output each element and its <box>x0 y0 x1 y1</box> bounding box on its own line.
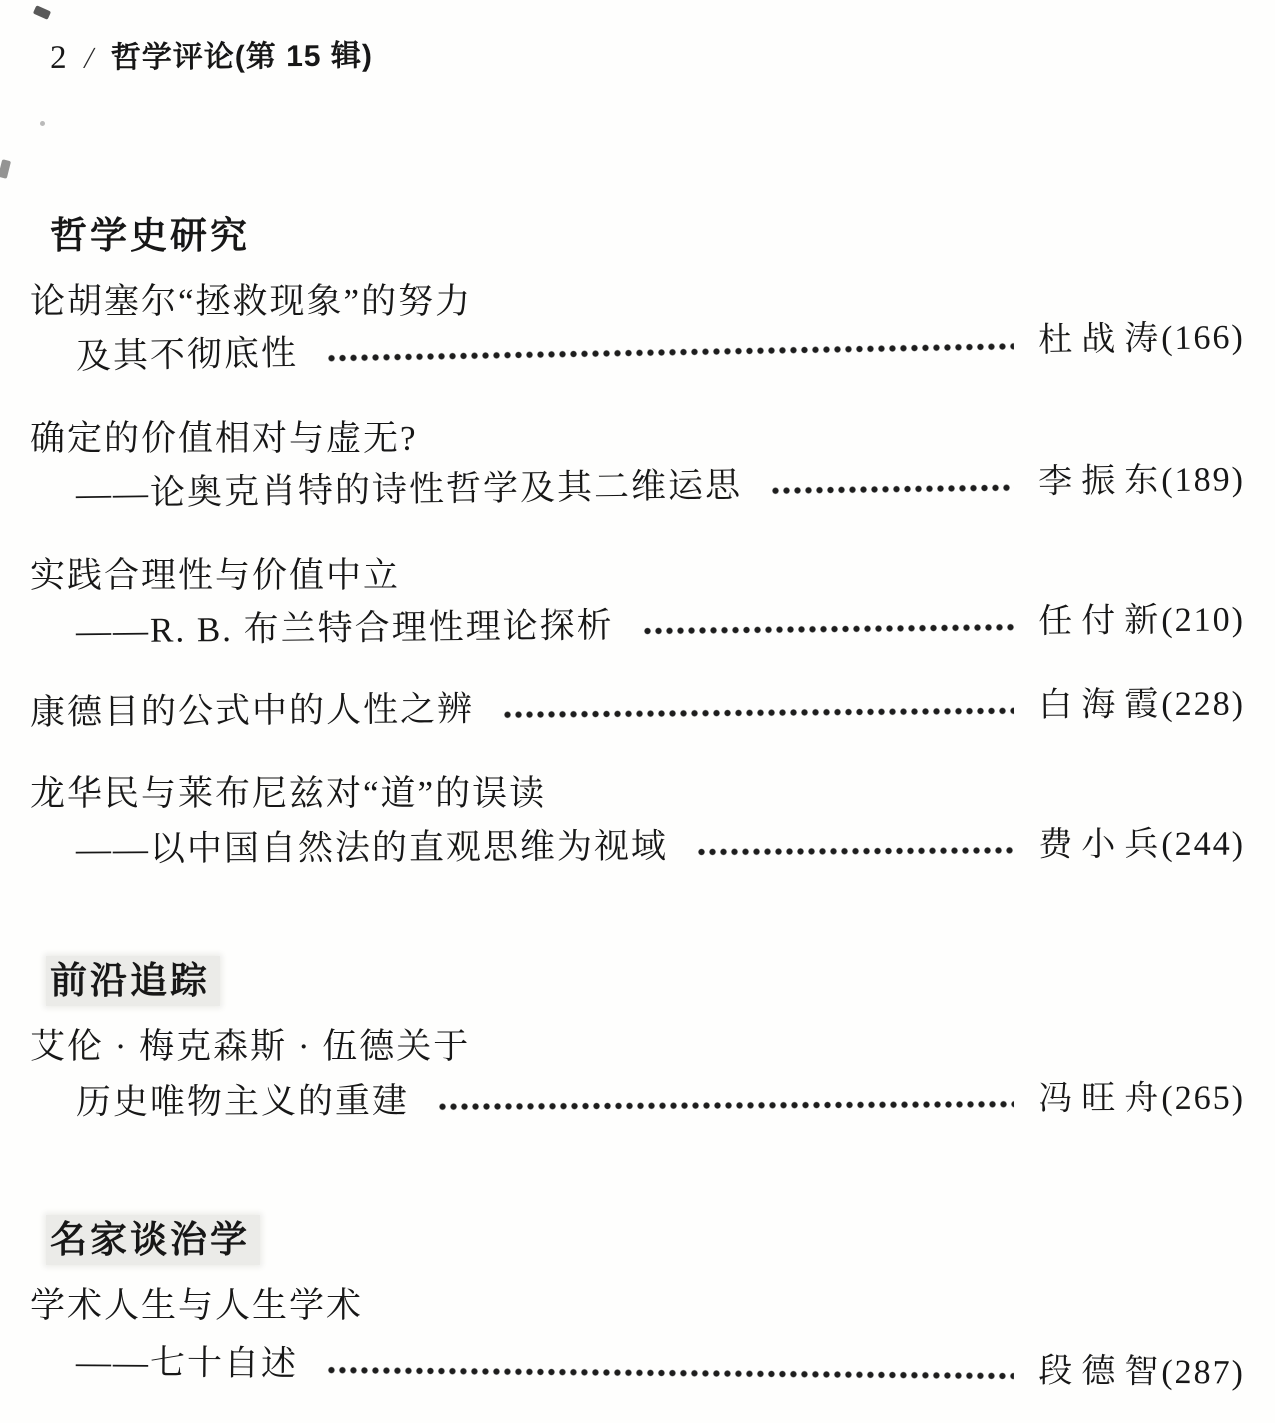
entry-page-number: (166) <box>1161 313 1246 364</box>
toc-entry: 艾伦 · 梅克森斯 · 伍德关于 历史唯物主义的重建 冯旺舟 (265) <box>30 1022 1245 1129</box>
entry-title: 论胡塞尔“拯救现象”的努力 <box>30 277 472 327</box>
entry-page-number: (228) <box>1161 679 1245 730</box>
dot-leader <box>326 1340 1015 1397</box>
section-entries: 学术人生与人生学术 ——七十自述 段德智 (287) <box>30 1281 1245 1388</box>
entry-subtitle: 历史唯物主义的重建 <box>76 1076 409 1127</box>
toc-entry-line: 康德目的公式中的人性之辨 白海霞 (228) <box>30 678 1245 739</box>
entry-title: 确定的价值相对与虚无? <box>30 414 418 464</box>
section-title: 哲学史研究 <box>46 211 260 261</box>
entry-author: 任付新 <box>1038 596 1168 647</box>
entry-subtitle: ——R. B. 布兰特合理性理论探析 <box>76 601 614 657</box>
entry-title: 实践合理性与价值中立 <box>30 551 400 601</box>
toc-entry-line: 龙华民与莱布尼兹对“道”的误读 <box>30 769 1245 819</box>
section-masters-on-scholarship: 名家谈治学 学术人生与人生学术 ——七十自述 段德智 (287) <box>30 1215 1245 1388</box>
entry-page-number: (210) <box>1161 595 1245 646</box>
entry-page-number: (265) <box>1161 1074 1245 1124</box>
scan-speck <box>0 159 11 179</box>
toc-entry-line: ——论奥克肖特的诗性哲学及其二维运思 李振东 (189) <box>30 454 1246 521</box>
scanned-toc-page: 2 / 哲学评论(第 15 辑) 哲学史研究 论胡塞尔“拯救现象”的努力 及其不… <box>0 0 1275 1423</box>
scan-speck <box>40 121 45 126</box>
toc-entry: 学术人生与人生学术 ——七十自述 段德智 (287) <box>30 1281 1245 1388</box>
entry-page-number: (244) <box>1161 820 1245 870</box>
entry-page-number: (189) <box>1161 455 1245 506</box>
entry-subtitle: 及其不彻底性 <box>76 328 299 382</box>
toc-entry-line: ——R. B. 布兰特合理性理论探析 任付新 (210) <box>30 594 1245 658</box>
entry-author: 冯旺舟 <box>1038 1074 1167 1125</box>
entry-subtitle: ——以中国自然法的直观思维为视域 <box>76 822 668 875</box>
section-frontier-tracking: 前沿追踪 艾伦 · 梅克森斯 · 伍德关于 历史唯物主义的重建 冯旺舟 (265… <box>30 956 1245 1129</box>
section-entries: 艾伦 · 梅克森斯 · 伍德关于 历史唯物主义的重建 冯旺舟 (265) <box>30 1022 1245 1129</box>
toc-entry: 龙华民与莱布尼兹对“道”的误读 ——以中国自然法的直观思维为视域 费小兵 (24… <box>30 769 1245 876</box>
entry-title: 学术人生与人生学术 <box>30 1281 363 1331</box>
section-title: 前沿追踪 <box>46 956 220 1006</box>
dot-leader <box>326 316 1015 379</box>
entry-subtitle: ——七十自述 <box>76 1337 298 1389</box>
toc-entry-line: ——七十自述 段德智 (287) <box>30 1337 1245 1399</box>
dot-leader <box>502 680 1015 735</box>
entry-title: 艾伦 · 梅克森斯 · 伍德关于 <box>30 1022 470 1072</box>
page-number: 2 <box>50 34 69 82</box>
toc-entry-line: 艾伦 · 梅克森斯 · 伍德关于 <box>30 1022 1245 1072</box>
dot-leader <box>770 457 1015 511</box>
toc-entry-line: 实践合理性与价值中立 <box>30 551 1245 601</box>
dot-leader <box>437 1074 1015 1128</box>
scan-speck <box>33 5 51 20</box>
entry-author: 段德智 <box>1038 1347 1167 1398</box>
book-title: 哲学评论(第 15 辑) <box>111 32 373 82</box>
page-header: 2 / 哲学评论(第 15 辑) <box>50 25 1245 83</box>
section-history-of-philosophy: 哲学史研究 论胡塞尔“拯救现象”的努力 及其不彻底性 杜战涛 (166) 确定的… <box>30 211 1245 876</box>
toc-entry: 实践合理性与价值中立 ——R. B. 布兰特合理性理论探析 任付新 (210) <box>30 551 1245 658</box>
toc-entry: 康德目的公式中的人性之辨 白海霞 (228) <box>30 688 1245 739</box>
entry-subtitle: ——论奥克肖特的诗性哲学及其二维运思 <box>76 461 743 520</box>
toc-entry: 确定的价值相对与虚无? ——论奥克肖特的诗性哲学及其二维运思 李振东 (189) <box>30 414 1245 521</box>
dot-leader <box>641 597 1014 652</box>
toc-entry-line: ——以中国自然法的直观思维为视域 费小兵 (244) <box>30 819 1245 876</box>
entry-title: 龙华民与莱布尼兹对“道”的误读 <box>30 769 546 819</box>
entry-title: 康德目的公式中的人性之辨 <box>30 685 474 738</box>
entry-author: 费小兵 <box>1038 820 1167 871</box>
entry-author: 杜战涛 <box>1038 314 1168 366</box>
entry-page-number: (287) <box>1161 1348 1245 1399</box>
section-entries: 论胡塞尔“拯救现象”的努力 及其不彻底性 杜战涛 (166) 确定的价值相对与虚… <box>30 277 1245 876</box>
toc-entry: 论胡塞尔“拯救现象”的努力 及其不彻底性 杜战涛 (166) <box>30 277 1245 384</box>
entry-author: 白海霞 <box>1038 680 1167 731</box>
toc-entry-line: 历史唯物主义的重建 冯旺舟 (265) <box>30 1073 1245 1129</box>
section-title: 名家谈治学 <box>46 1215 260 1265</box>
toc-entry-line: 学术人生与人生学术 <box>30 1281 1245 1331</box>
dot-leader <box>696 820 1015 873</box>
entry-author: 李振东 <box>1038 456 1168 508</box>
header-separator: / <box>80 35 98 83</box>
